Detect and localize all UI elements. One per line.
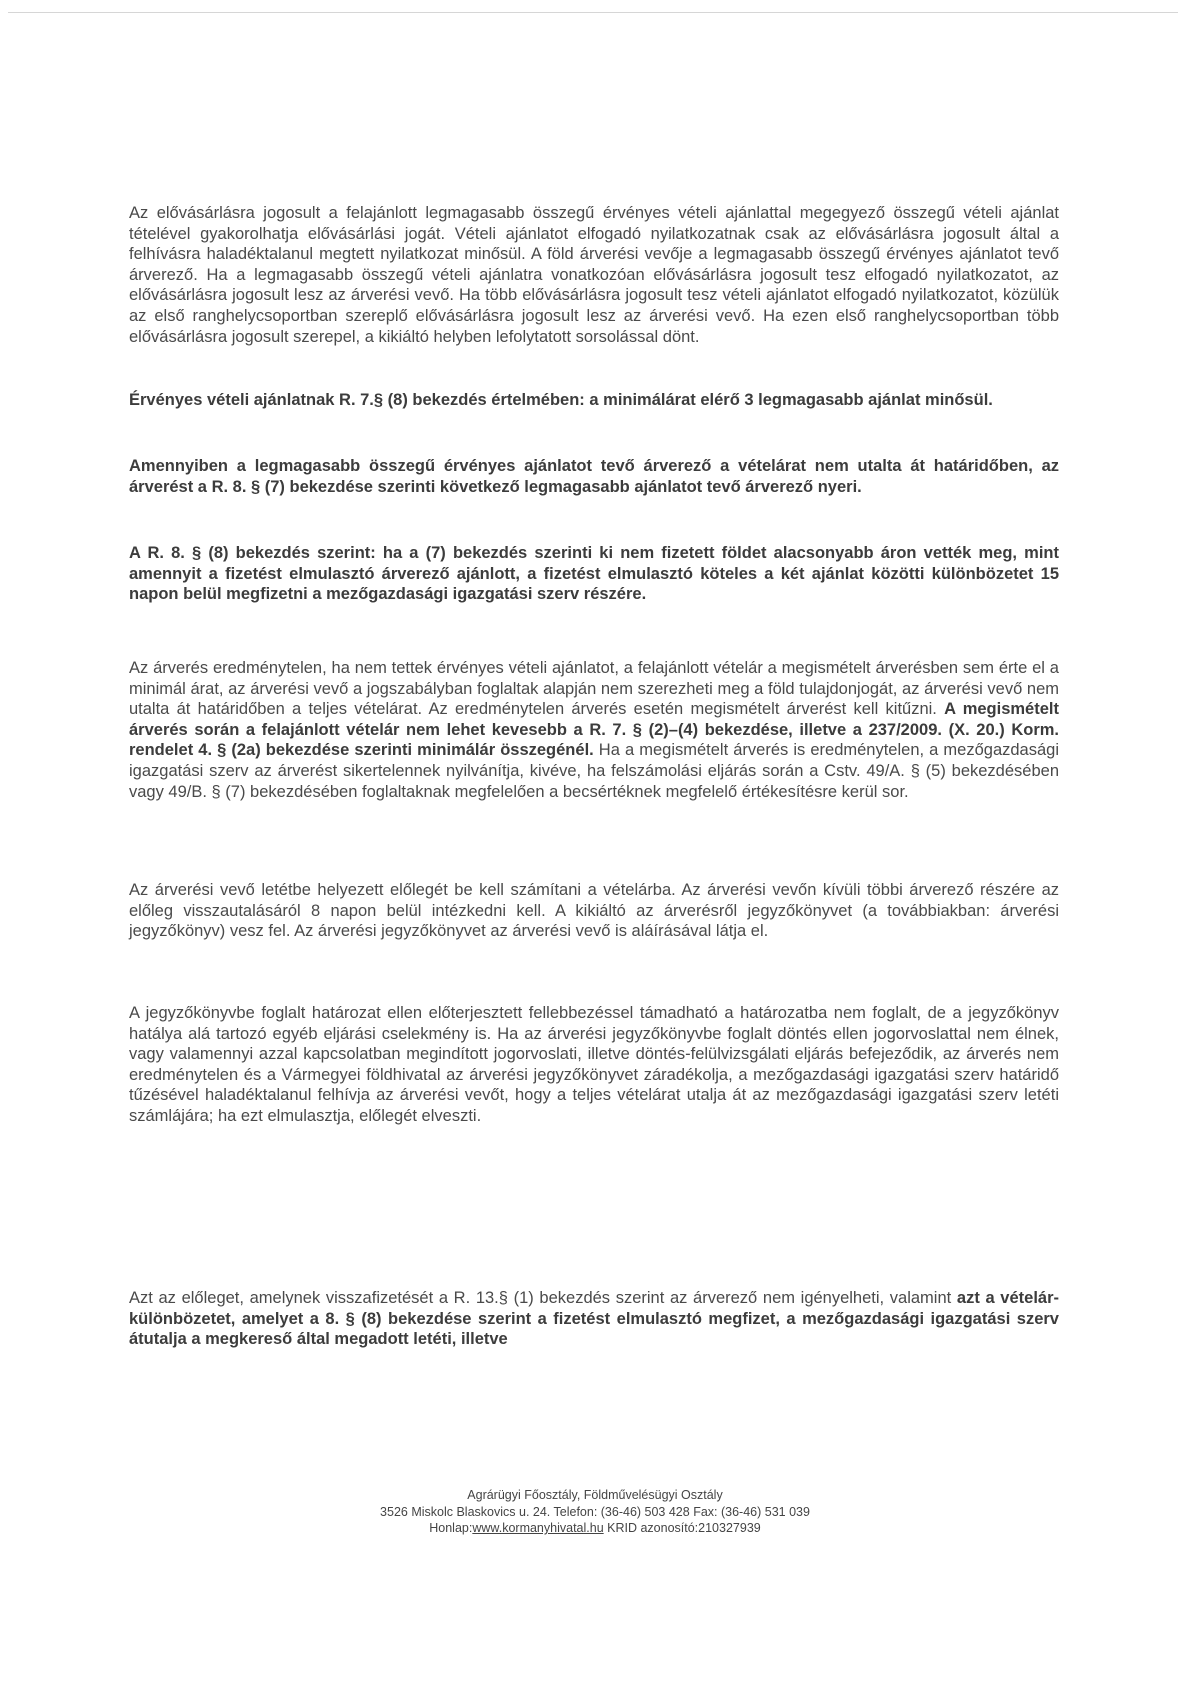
footer-krid: KRID azonosító:210327939 [607,1521,761,1535]
paragraph-deposit-transfer: Azt az előleget, amelynek visszafizetésé… [129,1288,1059,1350]
paragraph-next-highest-bidder: Amennyiben a legmagasabb összegű érvénye… [129,456,1059,497]
paragraph-text: Az elővásárlásra jogosult a felajánlott … [129,204,1059,346]
scan-edge-line [8,12,1178,13]
paragraph-text: Érvényes vételi ajánlatnak R. 7.§ (8) be… [129,391,993,409]
paragraph-text: Az árverési vevő letétbe helyezett előle… [129,881,1059,940]
paragraph-price-difference: A R. 8. § (8) bekezdés szerint: ha a (7)… [129,543,1059,605]
paragraph-text: A R. 8. § (8) bekezdés szerint: ha a (7)… [129,544,1059,603]
paragraph-valid-offer: Érvényes vételi ajánlatnak R. 7.§ (8) be… [129,390,1059,411]
footer-address: 3526 Miskolc Blaskovics u. 24. Telefon: … [0,1504,1190,1521]
footer-department: Agrárügyi Főosztály, Földművelésügyi Osz… [0,1487,1190,1504]
paragraph-deposit: Az árverési vevő letétbe helyezett előle… [129,880,1059,942]
footer-website-label: Honlap: [429,1521,472,1535]
paragraph-text: A jegyzőkönyvbe foglalt határozat ellen … [129,1004,1059,1125]
paragraph-text: Azt az előleget, amelynek visszafizetésé… [129,1289,957,1307]
page-footer: Agrárügyi Főosztály, Földművelésügyi Osz… [0,1487,1190,1537]
paragraph-text: Amennyiben a legmagasabb összegű érvénye… [129,457,1059,496]
footer-contact: Honlap:www.kormanyhivatal.hu KRID azonos… [0,1520,1190,1537]
paragraph-preemption-rights: Az elővásárlásra jogosult a felajánlott … [129,203,1059,347]
paragraph-text: Az árverés eredménytelen, ha nem tettek … [129,659,1059,718]
paragraph-appeal: A jegyzőkönyvbe foglalt határozat ellen … [129,1003,1059,1127]
paragraph-unsuccessful-auction: Az árverés eredménytelen, ha nem tettek … [129,658,1059,802]
footer-website-link[interactable]: www.kormanyhivatal.hu [472,1521,603,1535]
